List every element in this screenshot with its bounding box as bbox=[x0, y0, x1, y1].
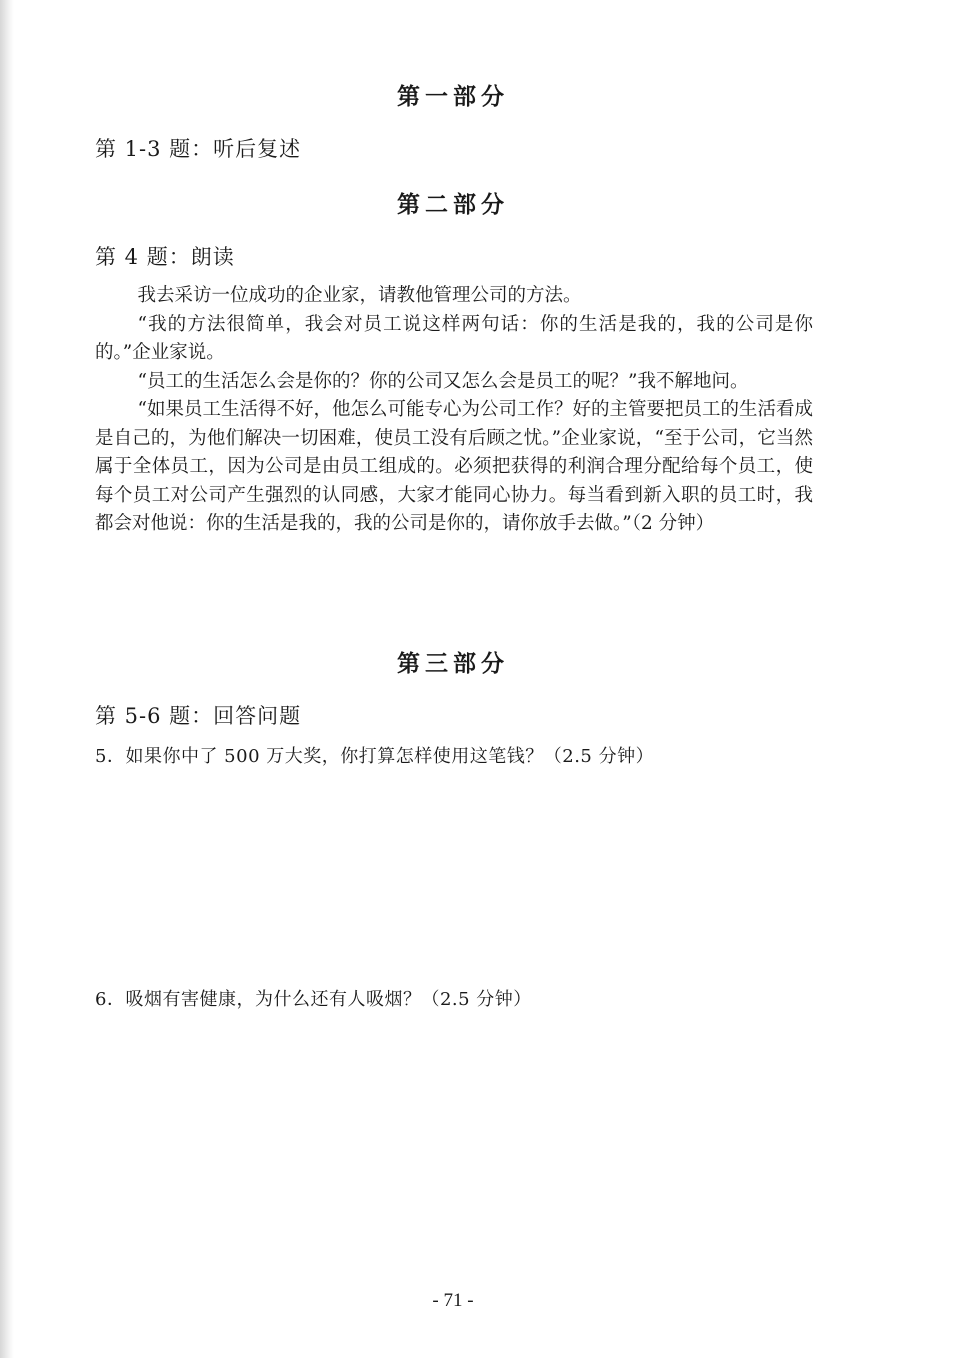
passage-paragraph: “如果员工生活得不好，他怎么可能专心为公司工作？好的主管要把员工的生活看成是自己… bbox=[95, 396, 813, 539]
part1-title: 第一部分 bbox=[0, 78, 906, 111]
part2-title: 第二部分 bbox=[0, 186, 906, 219]
exam-page: 第一部分 第 1-3 题：听后复述 第二部分 第 4 题：朗读 我去采访一位成功… bbox=[0, 0, 960, 1358]
part3-subheading: 第 5-6 题：回答问题 bbox=[95, 700, 301, 730]
page-number: - 71 - bbox=[0, 1290, 906, 1312]
part3-title: 第三部分 bbox=[0, 645, 906, 678]
reading-passage: 我去采访一位成功的企业家，请教他管理公司的方法。 “我的方法很简单，我会对员工说… bbox=[95, 282, 813, 539]
passage-paragraph: “员工的生活怎么会是你的？你的公司又怎么会是员工的呢？”我不解地问。 bbox=[95, 368, 813, 397]
part1-subheading: 第 1-3 题：听后复述 bbox=[95, 133, 301, 163]
question-5: 5．如果你中了 500 万大奖，你打算怎样使用这笔钱？（2.5 分钟） bbox=[95, 742, 654, 768]
passage-paragraph: “我的方法很简单，我会对员工说这样两句话：你的生活是我的，我的公司是你的。”企业… bbox=[95, 311, 813, 368]
passage-paragraph: 我去采访一位成功的企业家，请教他管理公司的方法。 bbox=[95, 282, 813, 311]
question-6: 6．吸烟有害健康，为什么还有人吸烟？（2.5 分钟） bbox=[95, 985, 532, 1011]
part2-subheading: 第 4 题：朗读 bbox=[95, 241, 235, 271]
